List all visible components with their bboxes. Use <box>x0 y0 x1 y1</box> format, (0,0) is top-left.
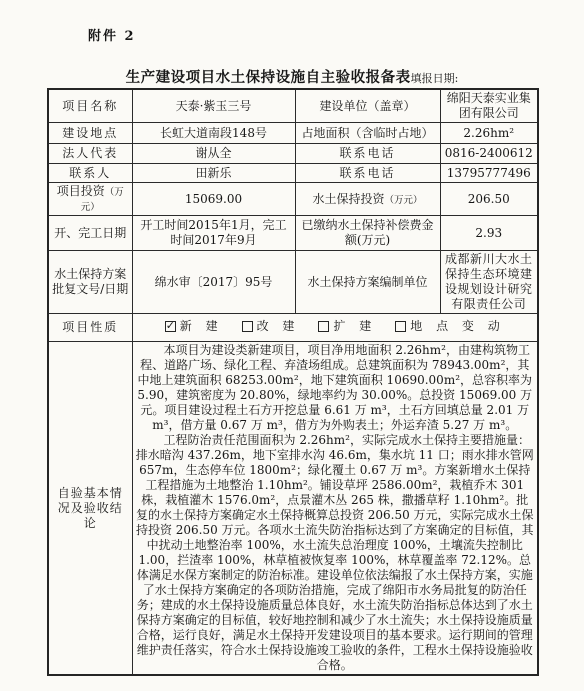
project-nature-label: 项目性质 <box>48 314 132 342</box>
conclusion-paragraph-1: 本项目为建设类新建项目，项目净用地面积 2.26hm²，由建构筑物工程、道路广场… <box>136 343 535 433</box>
checkbox-expansion[interactable] <box>318 321 329 332</box>
phone-label-2: 联系电话 <box>295 164 440 183</box>
project-nature-options-cell: 新 建 改 建 扩 建 地 点 变 动 <box>132 314 538 342</box>
construction-unit-value: 绵阳天泰实业集团有限公司 <box>440 89 538 123</box>
table-row: 自验基本情况及验收结论 本项目为建设类新建项目，项目净用地面积 2.26hm²，… <box>48 342 538 676</box>
project-name-label: 项目名称 <box>48 89 132 123</box>
land-area-label: 占地面积（含临时占地） <box>295 123 440 144</box>
checkbox-new-construction[interactable] <box>165 321 176 332</box>
plan-compiler-label: 水土保持方案编制单位 <box>295 251 440 314</box>
table-row: 项目名称 天泰·紫玉三号 建设单位（盖章） 绵阳天泰实业集团有限公司 <box>48 89 538 123</box>
contact-label: 联系人 <box>48 164 132 183</box>
location-label: 建设地点 <box>48 123 132 144</box>
checkbox-renovation[interactable] <box>242 321 253 332</box>
project-nature-options: 新 建 改 建 扩 建 地 点 变 动 <box>165 319 505 334</box>
swc-investment-unit: （万元） <box>385 195 423 206</box>
construction-unit-label: 建设单位（盖章） <box>295 89 440 123</box>
plan-compiler-value: 成都新川大水土保持生态环境建设规划设计研究有限责任公司 <box>440 251 538 314</box>
contact-value: 田新乐 <box>132 164 295 183</box>
table-row: 开、完工日期 开工时间2015年1月，完工时间2017年9月 已缴纳水土保持补偿… <box>48 216 538 251</box>
conclusion-label: 自验基本情况及验收结论 <box>48 342 132 676</box>
legal-rep-value: 谢从全 <box>132 144 295 164</box>
compensation-fee-label: 已缴纳水土保持补偿费金额(万元) <box>295 216 440 251</box>
approval-doc-value: 绵水审〔2017〕95号 <box>132 251 295 314</box>
project-name-value: 天泰·紫玉三号 <box>132 89 295 123</box>
conclusion-paragraph-2: 工程防治责任范围面积为 2.26hm²，实际完成水土保持主要措施量：排水暗沟 4… <box>136 433 535 673</box>
report-form-table: 项目名称 天泰·紫玉三号 建设单位（盖章） 绵阳天泰实业集团有限公司 建设地点 … <box>47 88 539 676</box>
swc-investment-value: 206.50 <box>440 183 538 216</box>
table-row: 建设地点 长虹大道南段148号 占地面积（含临时占地） 2.26hm² <box>48 123 538 144</box>
compensation-fee-value: 2.93 <box>440 216 538 251</box>
table-row: 项目性质 新 建 改 建 扩 建 <box>48 314 538 342</box>
swc-investment-label-text: 水土保持投资 <box>312 192 384 206</box>
attachment-label: 附件 2 <box>88 25 136 44</box>
phone-value-2: 13795777496 <box>440 164 538 183</box>
dates-label: 开、完工日期 <box>48 216 132 251</box>
investment-label-text: 项目投资 <box>57 184 105 198</box>
conclusion-body-cell: 本项目为建设类新建项目，项目净用地面积 2.26hm²，由建构筑物工程、道路广场… <box>132 342 538 676</box>
option-label: 新 建 <box>180 319 223 334</box>
checkbox-location-change[interactable] <box>395 321 406 332</box>
option-label: 扩 建 <box>333 319 376 334</box>
legal-rep-label: 法人代表 <box>48 144 132 164</box>
investment-label: 项目投资（万元） <box>48 183 132 216</box>
phone-label-1: 联系电话 <box>295 144 440 164</box>
option-label: 地 点 变 动 <box>410 319 504 334</box>
fill-date-label: 填报日期: <box>411 72 459 85</box>
swc-investment-label: 水土保持投资（万元） <box>295 183 440 216</box>
table-row: 项目投资（万元） 15069.00 水土保持投资（万元） 206.50 <box>48 183 538 216</box>
option-label: 改 建 <box>257 319 300 334</box>
option-expansion: 扩 建 <box>318 319 376 334</box>
land-area-value: 2.26hm² <box>440 123 538 144</box>
approval-doc-label: 水土保持方案批复文号/日期 <box>48 251 132 314</box>
document-page: 附件 2 生产建设项目水土保持设施自主验收报备表填报日期: 项目名称 天泰·紫玉… <box>0 0 584 691</box>
dates-value: 开工时间2015年1月，完工时间2017年9月 <box>132 216 295 251</box>
table-row: 水土保持方案批复文号/日期 绵水审〔2017〕95号 水土保持方案编制单位 成都… <box>48 251 538 314</box>
table-row: 联系人 田新乐 联系电话 13795777496 <box>48 164 538 183</box>
investment-value: 15069.00 <box>132 183 295 216</box>
phone-value-1: 0816-2400612 <box>440 144 538 164</box>
table-row: 法人代表 谢从全 联系电话 0816-2400612 <box>48 144 538 164</box>
option-new-construction: 新 建 <box>165 319 223 334</box>
location-value: 长虹大道南段148号 <box>132 123 295 144</box>
document-title: 生产建设项目水土保持设施自主验收报备表 <box>126 69 411 86</box>
option-location-change: 地 点 变 动 <box>395 319 504 334</box>
option-renovation: 改 建 <box>242 319 300 334</box>
document-title-row: 生产建设项目水土保持设施自主验收报备表填报日期: <box>0 66 584 87</box>
